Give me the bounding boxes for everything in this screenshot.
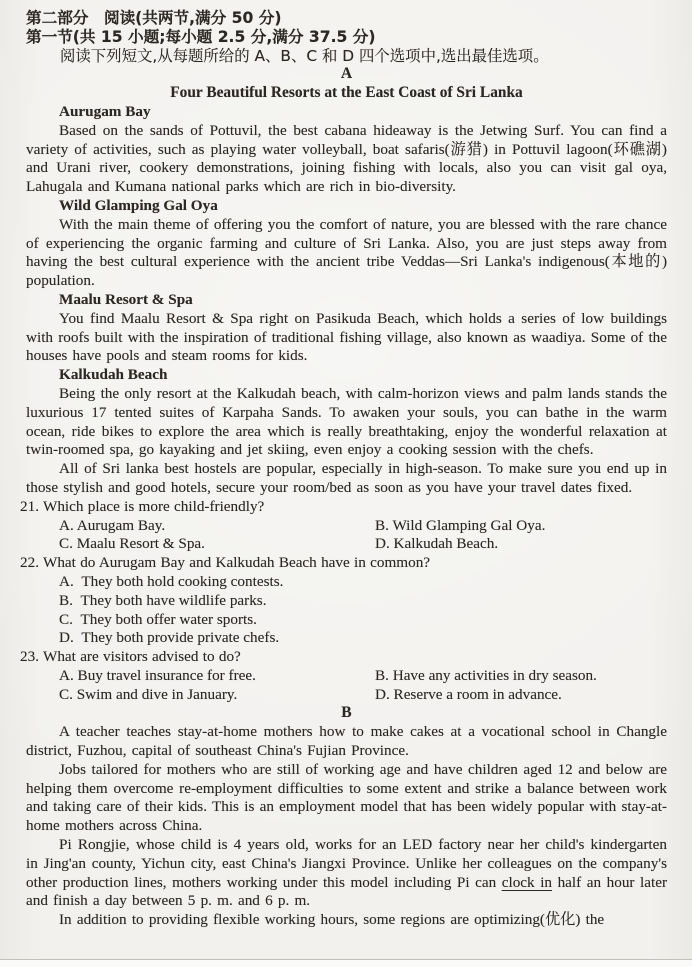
question-23: 23. What are visitors advised to do? A. … xyxy=(26,648,667,704)
page-bottom-scan-edge xyxy=(0,959,692,967)
question-22-option-a: A. They both hold cooking contests. xyxy=(59,573,667,592)
passage-b-paragraph-1: A teacher teaches stay-at-home mothers h… xyxy=(26,723,667,761)
exam-page: 第二部分 阅读(共两节,满分 50 分) 第一节(共 15 小题;每小题 2.5… xyxy=(0,0,692,967)
question-22-stem: 22. What do Aurugam Bay and Kalkudah Bea… xyxy=(20,554,667,573)
resort-heading-kalkudah-beach: Kalkudah Beach xyxy=(59,366,667,385)
header-part-line: 第二部分 阅读(共两节,满分 50 分) xyxy=(26,9,667,28)
passage-b-paragraph-4: In addition to providing flexible workin… xyxy=(26,911,667,930)
passage-b-paragraph-2: Jobs tailored for mothers who are still … xyxy=(26,761,667,836)
question-21-option-b: B. Wild Glamping Gal Oya. xyxy=(375,517,667,536)
question-21-option-d: D. Kalkudah Beach. xyxy=(375,535,667,554)
question-23-stem: 23. What are visitors advised to do? xyxy=(20,648,667,667)
question-21: 21. Which place is more child-friendly? … xyxy=(26,498,667,554)
resort-paragraph-aurugam-bay: Based on the sands of Pottuvil, the best… xyxy=(26,122,667,197)
resort-heading-wild-glamping: Wild Glamping Gal Oya xyxy=(59,197,667,216)
resort-paragraph-maalu-resort: You find Maalu Resort & Spa right on Pas… xyxy=(26,310,667,366)
question-21-stem: 21. Which place is more child-friendly? xyxy=(20,498,667,517)
question-22: 22. What do Aurugam Bay and Kalkudah Bea… xyxy=(26,554,667,648)
passage-b-paragraph-3: Pi Rongjie, whose child is 4 years old, … xyxy=(26,836,667,911)
question-21-option-c: C. Maalu Resort & Spa. xyxy=(59,535,375,554)
question-22-option-b: B. They both have wildlife parks. xyxy=(59,592,667,611)
question-23-option-b: B. Have any activities in dry season. xyxy=(375,667,667,686)
question-22-option-d: D. They both provide private chefs. xyxy=(59,629,667,648)
question-23-option-d: D. Reserve a room in advance. xyxy=(375,686,667,705)
question-21-options: A. Aurugam Bay. B. Wild Glamping Gal Oya… xyxy=(59,517,667,555)
question-22-option-c: C. They both offer water sports. xyxy=(59,611,667,630)
question-23-option-a: A. Buy travel insurance for free. xyxy=(59,667,375,686)
passage-b-label: B xyxy=(26,704,667,723)
passage-a-title: Four Beautiful Resorts at the East Coast… xyxy=(26,84,667,103)
underlined-phrase-clock-in: clock in xyxy=(502,874,552,891)
header-instructions: 阅读下列短文,从每题所给的 A、B、C 和 D 四个选项中,选出最佳选项。 xyxy=(26,47,667,66)
resort-heading-aurugam-bay: Aurugam Bay xyxy=(59,103,667,122)
question-23-option-c: C. Swim and dive in January. xyxy=(59,686,375,705)
resort-paragraph-kalkudah-beach: Being the only resort at the Kalkudah be… xyxy=(26,385,667,460)
resort-paragraph-wild-glamping: With the main theme of offering you the … xyxy=(26,216,667,291)
resort-heading-maalu-resort: Maalu Resort & Spa xyxy=(59,291,667,310)
header-section-line: 第一节(共 15 小题;每小题 2.5 分,满分 37.5 分) xyxy=(26,28,667,47)
passage-a-closing-paragraph: All of Sri lanka best hostels are popula… xyxy=(26,460,667,498)
question-23-options: A. Buy travel insurance for free. B. Hav… xyxy=(59,667,667,705)
passage-a-label: A xyxy=(26,65,667,84)
question-22-options: A. They both hold cooking contests. B. T… xyxy=(59,573,667,648)
question-21-option-a: A. Aurugam Bay. xyxy=(59,517,375,536)
